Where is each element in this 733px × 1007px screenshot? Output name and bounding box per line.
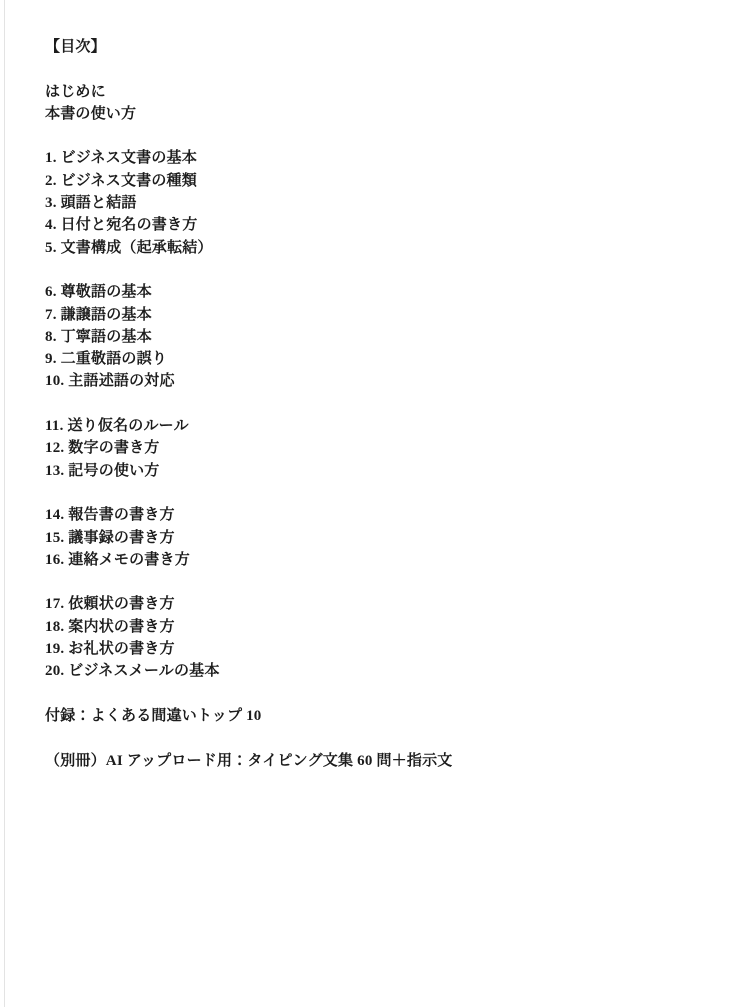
document-page: 【目次】 はじめに 本書の使い方 1. ビジネス文書の基本 2. ビジネス文書の…	[0, 0, 733, 1007]
toc-item: 17. 依頼状の書き方	[45, 593, 693, 615]
toc-item: 16. 連絡メモの書き方	[45, 549, 693, 571]
toc-item: 19. お礼状の書き方	[45, 638, 693, 660]
toc-item: 14. 報告書の書き方	[45, 504, 693, 526]
front-matter-item: 本書の使い方	[45, 103, 693, 125]
toc-item: 6. 尊敬語の基本	[45, 281, 693, 303]
toc-item: 5. 文書構成（起承転結）	[45, 237, 693, 259]
toc-item: 9. 二重敬語の誤り	[45, 348, 693, 370]
page-edge-line	[4, 0, 5, 1007]
front-matter-item: はじめに	[45, 81, 693, 103]
front-matter: はじめに 本書の使い方	[45, 81, 693, 126]
toc-item: 10. 主語述語の対応	[45, 370, 693, 392]
toc-heading: 【目次】	[45, 36, 693, 58]
toc-item: 2. ビジネス文書の種類	[45, 170, 693, 192]
toc-item: 4. 日付と宛名の書き方	[45, 214, 693, 236]
toc-item: 7. 謙譲語の基本	[45, 304, 693, 326]
supplement-line: （別冊）AI アップロード用：タイピング文集 60 問＋指示文	[45, 750, 693, 772]
toc-item: 13. 記号の使い方	[45, 460, 693, 482]
toc-group-5: 17. 依頼状の書き方 18. 案内状の書き方 19. お礼状の書き方 20. …	[45, 593, 693, 682]
toc-group-4: 14. 報告書の書き方 15. 議事録の書き方 16. 連絡メモの書き方	[45, 504, 693, 571]
toc-item: 15. 議事録の書き方	[45, 527, 693, 549]
toc-item: 12. 数字の書き方	[45, 437, 693, 459]
toc-item: 1. ビジネス文書の基本	[45, 147, 693, 169]
toc-item: 18. 案内状の書き方	[45, 616, 693, 638]
toc-item: 8. 丁寧語の基本	[45, 326, 693, 348]
toc-group-1: 1. ビジネス文書の基本 2. ビジネス文書の種類 3. 頭語と結語 4. 日付…	[45, 147, 693, 258]
toc-item: 20. ビジネスメールの基本	[45, 660, 693, 682]
toc-group-3: 11. 送り仮名のルール 12. 数字の書き方 13. 記号の使い方	[45, 415, 693, 482]
appendix-line: 付録：よくある間違いトップ 10	[45, 705, 693, 727]
toc-item: 11. 送り仮名のルール	[45, 415, 693, 437]
toc-group-2: 6. 尊敬語の基本 7. 謙譲語の基本 8. 丁寧語の基本 9. 二重敬語の誤り…	[45, 281, 693, 392]
toc-item: 3. 頭語と結語	[45, 192, 693, 214]
